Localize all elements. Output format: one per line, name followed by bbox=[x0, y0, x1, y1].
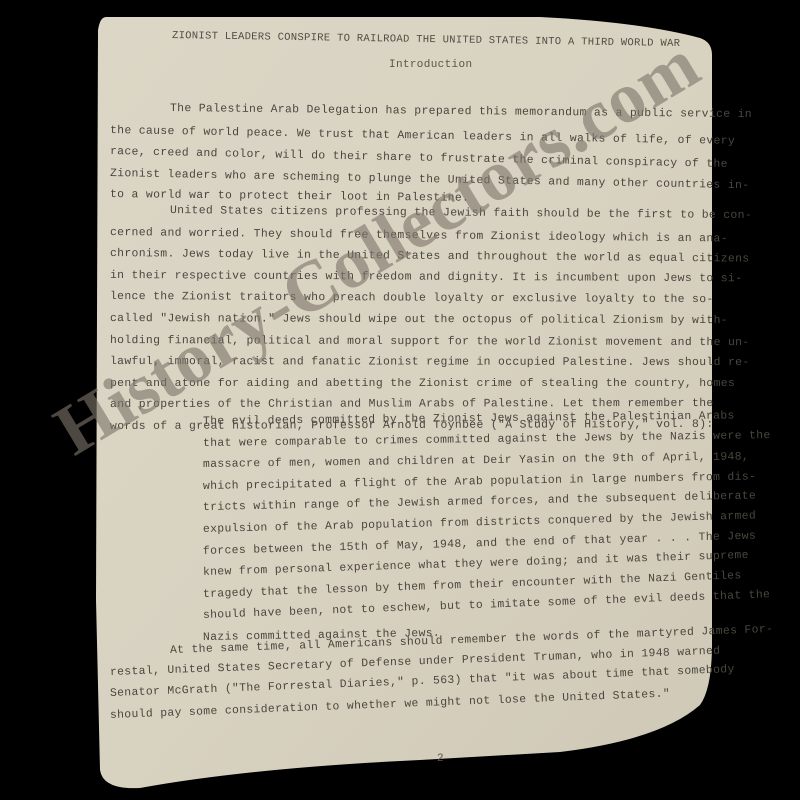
paragraph-1-line: to a world war to protect their loot in … bbox=[110, 189, 469, 205]
paragraph-1-line: the cause of world peace. We trust that … bbox=[110, 125, 735, 148]
paragraph-2-line: lawful, immoral, racist and fanatic Zion… bbox=[110, 356, 750, 369]
paragraph-1-line: Zionist leaders who are scheming to plun… bbox=[110, 168, 750, 192]
paragraph-2-line: holding financial, political and moral s… bbox=[110, 335, 750, 349]
block-quote-line: that were comparable to crimes committed… bbox=[203, 430, 771, 450]
paragraph-2-line: United States citizens professing the Je… bbox=[170, 205, 752, 222]
paragraph-2-line: lence the Zionist traitors who preach do… bbox=[110, 291, 714, 306]
document-text: ZIONIST LEADERS CONSPIRE TO RAILROAD THE… bbox=[0, 0, 800, 800]
paragraph-2-line: called "Jewish nation." Jews should wipe… bbox=[110, 313, 728, 327]
block-quote-line: massacre of men, women and children at D… bbox=[203, 452, 749, 472]
paragraph-2-line: in their respective countries with freed… bbox=[110, 270, 742, 285]
paragraph-1-line: race, creed and color, will do their sha… bbox=[110, 146, 728, 171]
block-quote-line: which precipitated a flight of the Arab … bbox=[203, 471, 756, 493]
paragraph-2-line: chronism. Jews today live in the United … bbox=[110, 248, 750, 266]
block-quote-line: tricts within range of the Jewish armed … bbox=[203, 491, 756, 515]
page-number: 2 bbox=[437, 753, 444, 765]
paragraph-1-line: The Palestine Arab Delegation has prepar… bbox=[170, 103, 752, 121]
paragraph-2-line: and properties of the Christian and Musl… bbox=[110, 398, 714, 411]
document-title: ZIONIST LEADERS CONSPIRE TO RAILROAD THE… bbox=[172, 30, 680, 50]
paragraph-2-line: cerned and worried. They should free the… bbox=[110, 227, 728, 245]
section-heading: Introduction bbox=[389, 59, 472, 71]
photo-stage: ZIONIST LEADERS CONSPIRE TO RAILROAD THE… bbox=[0, 0, 800, 800]
paragraph-2-line: pent and atone for aiding and abetting t… bbox=[110, 378, 735, 390]
